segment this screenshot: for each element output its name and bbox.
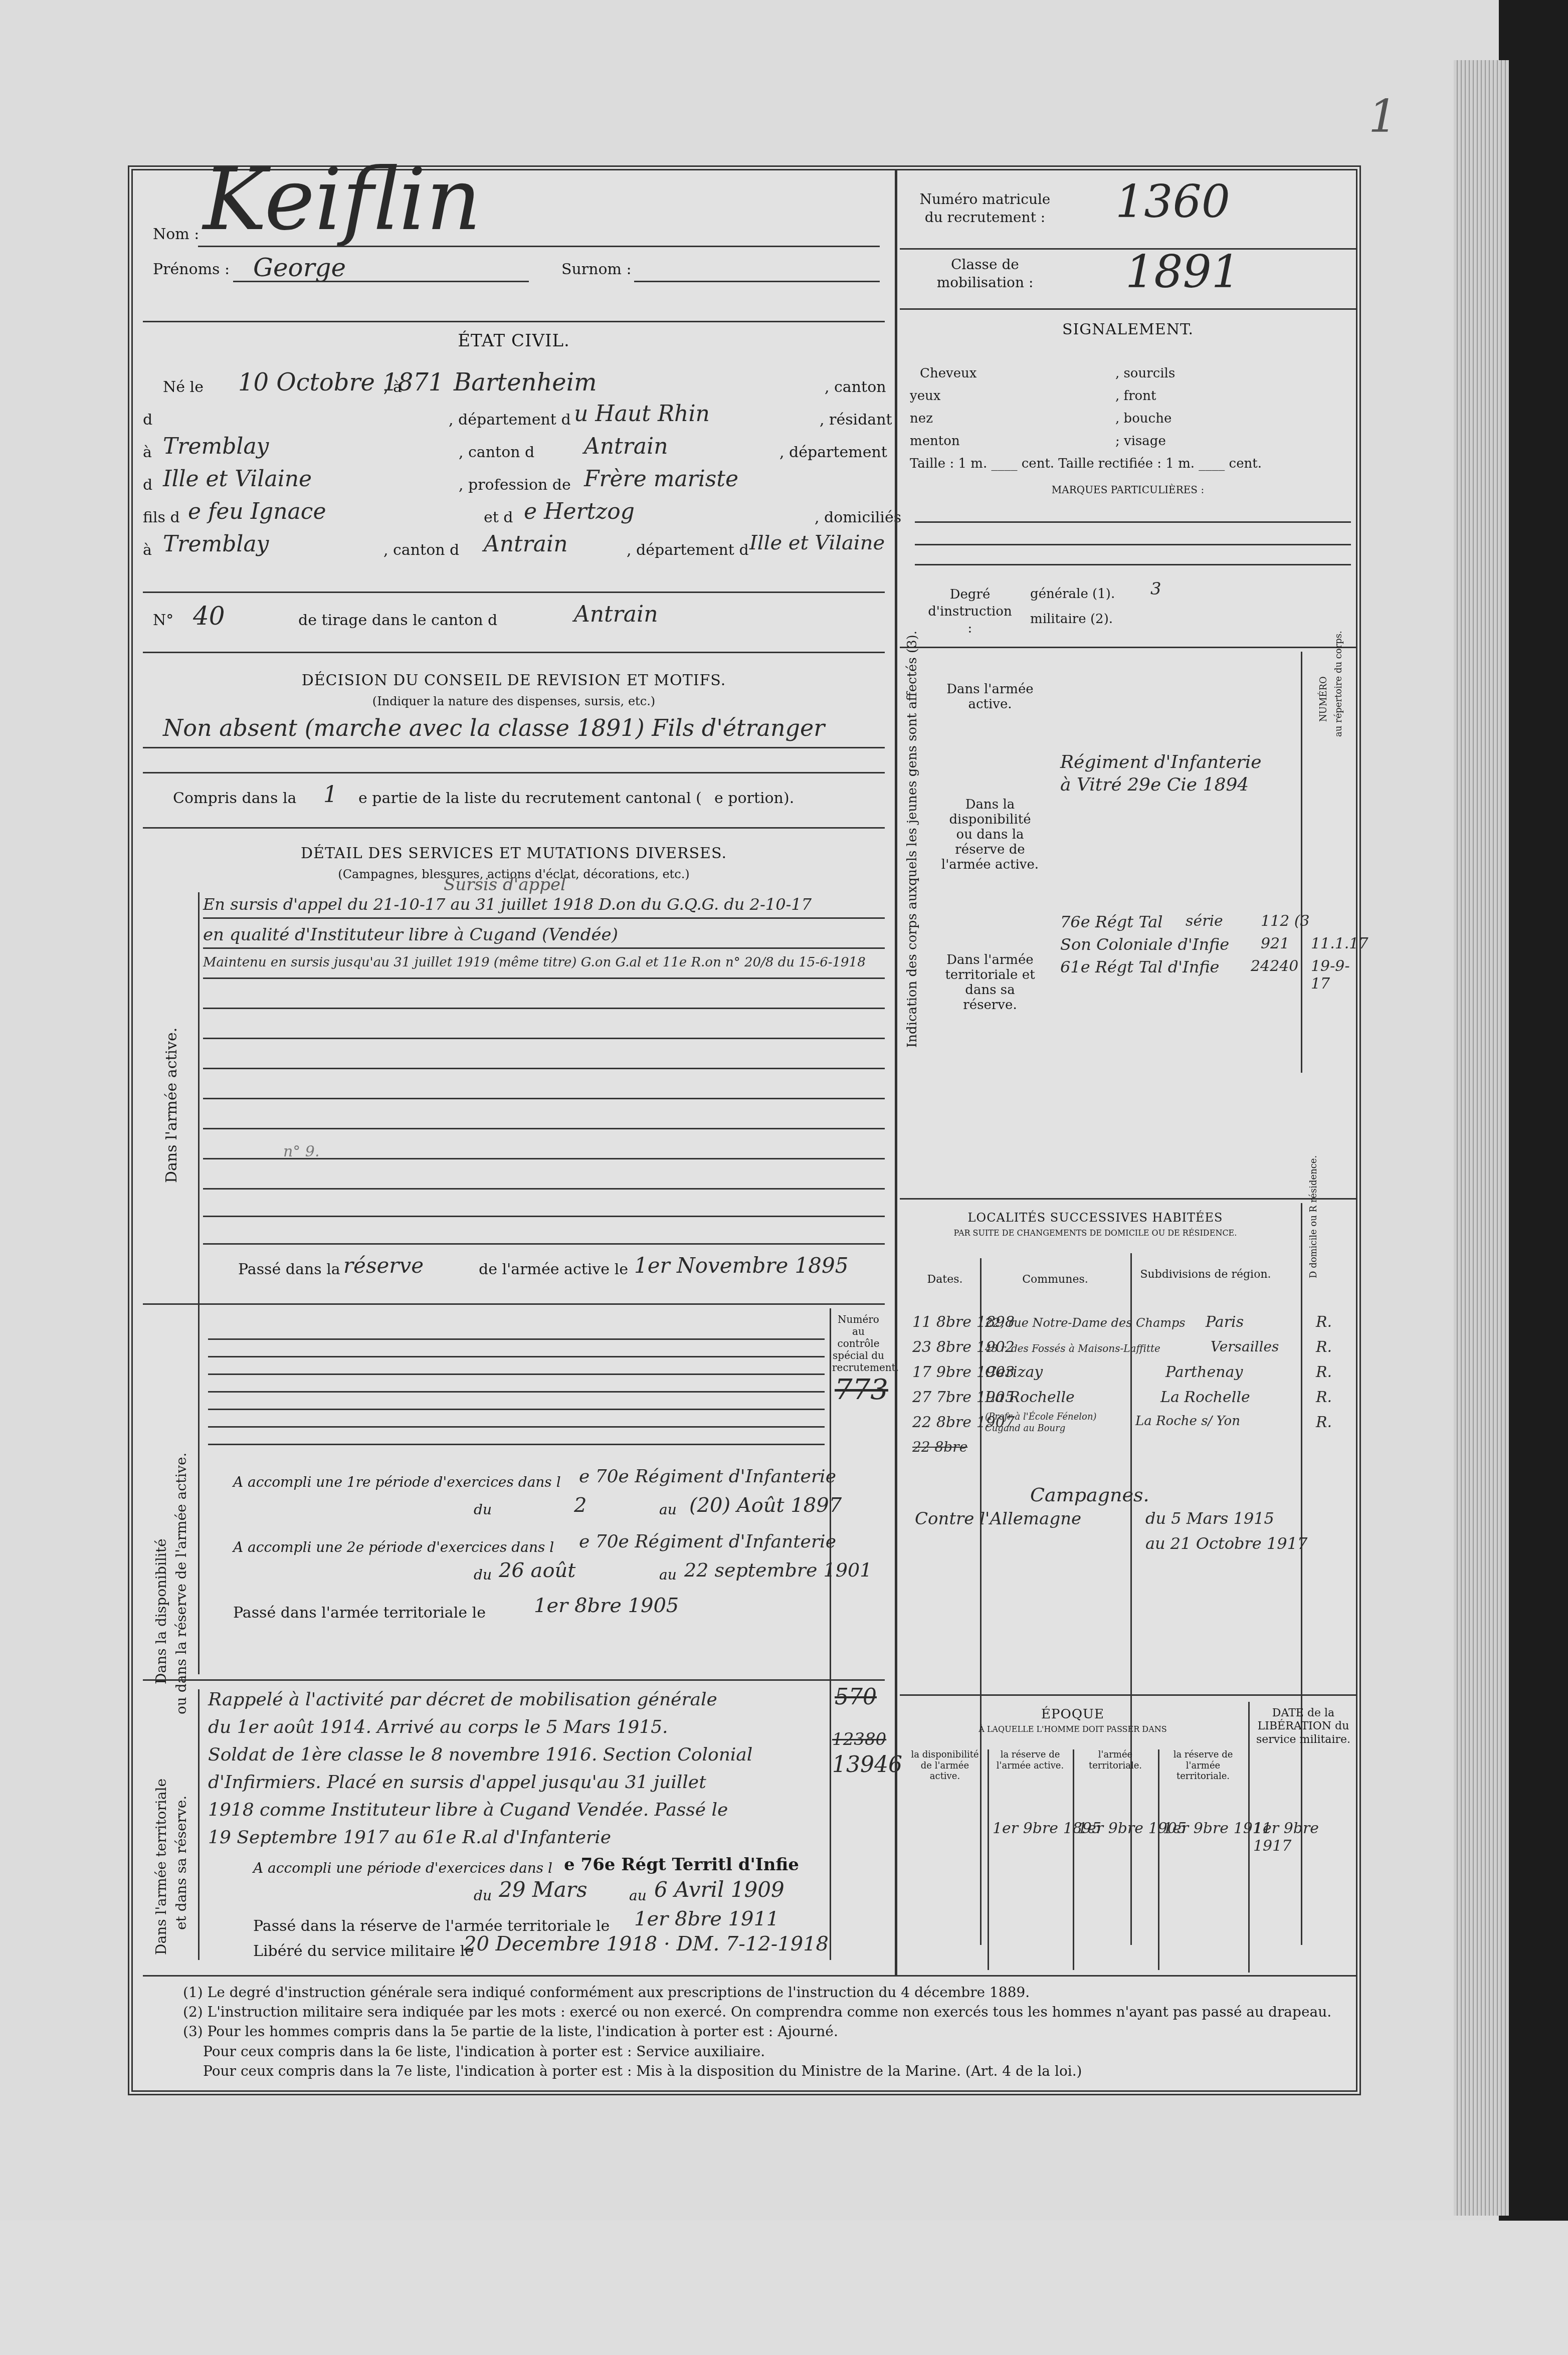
- periode1-au-label: au: [659, 1501, 677, 1518]
- corps-terr-date-3: 19-9-17: [1311, 957, 1356, 993]
- terr-line-1: Rappelé à l'activité par décret de mobil…: [208, 1689, 717, 1710]
- terr-line-4: d'Infirmiers. Placé en sursis d'appel ju…: [208, 1772, 706, 1793]
- canton3-value: Antrain: [484, 531, 567, 557]
- epoque-title: ÉPOQUE: [900, 1707, 1246, 1722]
- corps-side-label: Indication des corps auxquels les jeunes…: [905, 631, 920, 1048]
- passe-date-value: 1er Novembre 1895: [634, 1253, 849, 1278]
- footnote-5: Pour ceux compris dans la 7e liste, l'in…: [183, 2061, 1346, 2081]
- row-dr: R.: [1316, 1414, 1332, 1431]
- passe-mid: de l'armée active le: [479, 1261, 628, 1278]
- ne-le-label: Né le: [163, 378, 204, 396]
- corps-dispo-line-1: Régiment d'Infanterie: [1060, 752, 1262, 772]
- row-dr: R.: [1316, 1338, 1332, 1356]
- rule: [203, 947, 885, 949]
- d-label: d: [143, 411, 152, 429]
- epoque-col-dispo: la disponibilité de l'armée active.: [905, 1749, 985, 1782]
- campagnes-title: Campagnes.: [1030, 1484, 1149, 1506]
- services-overwrite: Sursis d'appel: [444, 875, 566, 895]
- row-commune: 43 r. des Fossés à Maisons-Laffitte: [985, 1342, 1160, 1354]
- liberation-value: 1er 9bre 1917: [1253, 1820, 1356, 1855]
- canton-label: , canton: [825, 378, 886, 396]
- tirage-canton-value: Antrain: [574, 602, 658, 627]
- numero-corps-label-1: NUMÉRO: [1318, 676, 1329, 722]
- corps-active-label: Dans l'armée active.: [940, 682, 1040, 712]
- nom-value: Keiflin: [203, 150, 481, 250]
- epoque-subtitle: À LAQUELLE L'HOMME DOIT PASSER DANS: [900, 1724, 1246, 1734]
- nez-label: nez: [910, 411, 933, 426]
- departement2-value: Ille et Vilaine: [163, 466, 312, 492]
- departement3-value: Ille et Vilaine: [749, 531, 885, 554]
- col-divider: [1248, 1702, 1250, 1973]
- liberation-label: DATE de la LIBÉRATION du service militai…: [1251, 1707, 1356, 1746]
- degre-label: Degré d'instruction :: [925, 586, 1015, 637]
- col-dates: Dates.: [915, 1273, 975, 1286]
- decision-line: [143, 747, 885, 748]
- terr-side-label-1: Dans l'armée territoriale: [153, 1779, 169, 1955]
- terr-brace: [198, 1689, 200, 1960]
- divider: [900, 1198, 1356, 1200]
- rule: [203, 1243, 885, 1245]
- periode2-au-label: au: [659, 1566, 677, 1583]
- col-divider: [988, 1749, 989, 1970]
- rule: [208, 1444, 825, 1445]
- terr-numero-struck2: 12380: [832, 1729, 886, 1749]
- epoque-col-reserve-terr: la réserve de l'armée territoriale.: [1160, 1749, 1246, 1782]
- rule: [203, 1008, 885, 1009]
- numero-controle-value: 773: [835, 1373, 888, 1406]
- generale-value: 3: [1150, 579, 1161, 599]
- no-label: N°: [153, 612, 173, 629]
- footnote-3: (3) Pour les hommes compris dans la 5e p…: [183, 2022, 1346, 2041]
- terr-periode-unit: e 76e Régt Territl d'Infie: [564, 1855, 799, 1875]
- col-subdivisions: Subdivisions de région.: [1135, 1268, 1276, 1281]
- col-domicile-residence: D domicile ou R résidence.: [1308, 1155, 1319, 1278]
- domicile-value: Tremblay: [163, 531, 269, 557]
- periode1-au-value: (20) Août 1897: [689, 1494, 842, 1517]
- compris-partie-value: 1: [323, 782, 337, 808]
- terr-reserve-date: 1er 8bre 1911: [634, 1907, 779, 1930]
- fils-label: fils d: [143, 509, 180, 526]
- corps-terr-note-1: série: [1186, 912, 1223, 930]
- prenoms-label: Prénoms :: [153, 261, 230, 278]
- birth-date-value: 10 Octobre 1871: [238, 368, 444, 397]
- services-faint-note: n° 9.: [283, 1143, 319, 1160]
- rule: [208, 1373, 825, 1375]
- divider: [143, 652, 885, 653]
- canton3-label: , canton d: [383, 541, 459, 559]
- decision-title: DÉCISION DU CONSEIL DE REVISION ET MOTIF…: [133, 672, 895, 689]
- periode1-label: A accompli une 1re période d'exercices d…: [233, 1474, 561, 1490]
- footnotes: (1) Le degré d'instruction générale sera…: [183, 1983, 1346, 2081]
- territoriale-label: Passé dans l'armée territoriale le: [233, 1604, 486, 1622]
- classe-label: Classe de mobilisation :: [910, 256, 1060, 292]
- rule: [915, 544, 1351, 545]
- libere-date-value: 20 Decembre 1918 · DM. 7-12-1918: [464, 1932, 829, 1955]
- canton2-value: Antrain: [584, 434, 668, 459]
- row-subdivision: La Roche s/ Yon: [1135, 1414, 1240, 1429]
- row-subdivision: Parthenay: [1165, 1363, 1243, 1381]
- nom-line: [198, 246, 880, 247]
- terr-line-2: du 1er août 1914. Arrivé au corps le 5 M…: [208, 1717, 668, 1737]
- dispo-brace: [198, 1323, 200, 1674]
- services-line-3: Maintenu en sursis jusqu'au 31 juillet 1…: [203, 955, 866, 970]
- cheveux-label: Cheveux: [920, 366, 977, 381]
- tirage-no-value: 40: [193, 602, 225, 631]
- rule: [208, 1426, 825, 1428]
- yeux-label: yeux: [910, 388, 940, 404]
- rule: [208, 1356, 825, 1357]
- domicilies-label: , domiciliés: [815, 509, 901, 526]
- canton2-label: , canton d: [459, 444, 534, 461]
- services-side-label: Dans l'armée active.: [163, 1028, 180, 1183]
- corps-terr-num-1: 112 (3: [1261, 912, 1310, 930]
- footnote-2: (2) L'instruction militaire sera indiqué…: [183, 2002, 1346, 2022]
- corps-terr-unit-3: 61e Régt Tal d'Infie: [1060, 957, 1220, 976]
- taille-end: cent.: [1229, 456, 1262, 471]
- tirage-label: de tirage dans le canton d: [298, 612, 497, 629]
- surnom-line: [634, 281, 880, 282]
- corps-dispo-line-2: à Vitré 29e Cie 1894: [1060, 774, 1249, 795]
- sourcils-label: , sourcils: [1115, 366, 1175, 381]
- taille-label: Taille : 1 m.: [910, 456, 987, 471]
- numero-matricule-value: 1360: [1115, 175, 1230, 228]
- divider: [143, 321, 885, 322]
- residant-label: , résidant: [820, 411, 892, 429]
- d2-label: d: [143, 476, 152, 494]
- col-divider: [980, 1258, 982, 1945]
- militaire-label: militaire (2).: [1030, 612, 1113, 627]
- compris-rest: e partie de la liste du recrutement cant…: [358, 790, 702, 807]
- rule: [203, 917, 885, 919]
- rule: [203, 1098, 885, 1099]
- periode1-unit: e 70e Régiment d'Infanterie: [579, 1466, 836, 1487]
- territoriale-date-value: 1er 8bre 1905: [534, 1594, 679, 1617]
- corps-terr-unit-2: Son Coloniale d'Infie: [1060, 935, 1229, 954]
- col-divider: [1130, 1253, 1132, 1945]
- et-label: et d: [484, 509, 513, 526]
- decision-text: Non absent (marche avec la classe 1891) …: [163, 714, 825, 741]
- periode1-du-label: du: [474, 1501, 492, 1518]
- rule: [208, 1338, 825, 1340]
- row-dr: R.: [1316, 1363, 1332, 1381]
- periode2-du-value: 26 août: [499, 1559, 575, 1582]
- corps-terr-num-3: 24240: [1251, 957, 1298, 975]
- numero-controle-label: Numéro au contrôle spécial du recrutemen…: [832, 1313, 885, 1373]
- footnote-1: (1) Le degré d'instruction générale sera…: [183, 1983, 1346, 2002]
- departement2-label: , département: [779, 444, 887, 461]
- corps-terr-num-2: 921: [1261, 935, 1289, 952]
- dispo-side-label-2: ou dans la réserve de l'armée active.: [173, 1453, 189, 1714]
- visage-label: ; visage: [1115, 434, 1166, 449]
- terr-side-label-2: et dans sa réserve.: [173, 1796, 189, 1930]
- divider: [143, 592, 885, 593]
- terr-line-6: 19 Septembre 1917 au 61e R.al d'Infanter…: [208, 1827, 611, 1848]
- divider: [143, 772, 885, 773]
- periode2-label: A accompli une 2e période d'exercices da…: [233, 1539, 554, 1555]
- row-dr: R.: [1316, 1389, 1332, 1406]
- periode1-du-value: 2: [574, 1494, 586, 1517]
- footnote-4: Pour ceux compris dans la 6e liste, l'in…: [183, 2042, 1346, 2061]
- corps-dispo-label: Dans la disponibilité ou dans la réserve…: [940, 797, 1040, 872]
- rule: [203, 1038, 885, 1039]
- row-date: 22 8bre: [912, 1439, 967, 1455]
- dispo-side-label-1: Dans la disponibilité: [153, 1538, 169, 1684]
- terr-periode-au-label: au: [629, 1887, 647, 1904]
- father-value: e feu Ignace: [188, 499, 326, 524]
- taille-row: Taille : 1 m. ____ cent. Taille rectifié…: [910, 456, 1262, 471]
- terr-num-divider: [830, 1679, 831, 1960]
- row-commune: 22, rue Notre-Dame des Champs: [985, 1316, 1186, 1330]
- profession-value: Frère mariste: [584, 466, 738, 492]
- passe-value: réserve: [343, 1253, 424, 1278]
- prenoms-value: George: [253, 253, 346, 282]
- epoque-col-territoriale: l'armée territoriale.: [1075, 1749, 1155, 1771]
- services-line-1: En sursis d'appel du 21-10-17 au 31 juil…: [203, 895, 812, 914]
- campagnes-from: du 5 Mars 1915: [1145, 1509, 1274, 1528]
- terr-periode-au-value: 6 Avril 1909: [654, 1877, 785, 1902]
- profession-label: , profession de: [459, 476, 571, 494]
- terr-periode-du-value: 29 Mars: [499, 1877, 587, 1902]
- divider: [143, 827, 885, 829]
- divider: [143, 1679, 885, 1681]
- terr-periode-du-label: du: [474, 1887, 492, 1904]
- numero-corps-label-2: au répertoire du corps.: [1333, 631, 1344, 737]
- corps-terr-unit-1: 76e Régt Tal: [1060, 912, 1163, 931]
- services-line-2: en qualité d'Instituteur libre à Cugand …: [203, 925, 618, 945]
- surnom-label: Surnom :: [561, 261, 632, 278]
- residant-value: Tremblay: [163, 434, 269, 459]
- passe-label: Passé dans la: [238, 1261, 340, 1278]
- decision-subtitle: (Indiquer la nature des dispenses, sursi…: [133, 694, 895, 708]
- front-label: , front: [1115, 388, 1156, 404]
- bouche-label: , bouche: [1115, 411, 1171, 426]
- page-stack-edge: [1454, 60, 1509, 2216]
- campagnes-to: au 21 Octobre 1917: [1145, 1534, 1307, 1553]
- rule: [915, 521, 1351, 523]
- bottom-margin: [0, 2221, 1568, 2355]
- prenoms-line: [233, 281, 529, 282]
- residant-a-label: à: [143, 444, 152, 461]
- terr-numero-struck: 570: [835, 1684, 877, 1710]
- numero-corps-divider: [1301, 652, 1302, 1073]
- domicile-a-label: à: [143, 541, 152, 559]
- generale-label: générale (1).: [1030, 586, 1115, 602]
- nom-label: Nom :: [153, 226, 199, 243]
- classe-value: 1891: [1125, 246, 1240, 298]
- matricule-form: Nom : Keiflin Prénoms : George Surnom : …: [128, 165, 1361, 2095]
- terr-line-5: 1918 comme Instituteur libre à Cugand Ve…: [208, 1800, 728, 1820]
- corps-terr-date-2: 11.1.17: [1311, 935, 1368, 952]
- compris-end: e portion).: [714, 790, 794, 807]
- departement3-label: , département d: [627, 541, 749, 559]
- etat-civil-title: ÉTAT CIVIL.: [133, 331, 895, 351]
- rule: [203, 1128, 885, 1129]
- rule: [203, 1216, 885, 1217]
- localites-title: LOCALITÉS SUCCESSIVES HABITÉES: [900, 1211, 1291, 1225]
- divider: [900, 1694, 1356, 1696]
- rule: [203, 977, 885, 979]
- libere-label: Libéré du service militaire le: [253, 1942, 474, 1960]
- row-dr: R.: [1316, 1313, 1332, 1331]
- row-subdivision: Paris: [1206, 1313, 1244, 1331]
- periode2-du-label: du: [474, 1566, 492, 1583]
- divider: [900, 647, 1356, 648]
- periode2-unit: e 70e Régiment d'Infanterie: [579, 1531, 836, 1552]
- rule: [203, 1068, 885, 1069]
- departement-label: , département d: [449, 411, 571, 429]
- col-divider: [1158, 1749, 1159, 1970]
- terr-line-3: Soldat de 1ère classe le 8 novembre 1916…: [208, 1744, 752, 1765]
- corps-terr-label: Dans l'armée territoriale et dans sa rés…: [940, 952, 1040, 1013]
- col-communes: Communes.: [985, 1273, 1125, 1286]
- column-divider: [895, 170, 897, 1975]
- campagnes-text: Contre l'Allemagne: [915, 1509, 1081, 1529]
- rule: [208, 1409, 825, 1410]
- menton-label: menton: [910, 434, 960, 449]
- divider: [900, 308, 1356, 310]
- rule: [203, 1188, 885, 1190]
- divider: [143, 1975, 1356, 1977]
- numero-matricule-label: Numéro matricule du recrutement :: [910, 190, 1060, 227]
- row-commune: La Rochelle: [985, 1389, 1075, 1406]
- taille-rectifiee-label: cent. Taille rectifiée : 1 m.: [1022, 456, 1195, 471]
- row-commune: Cerizay: [985, 1363, 1043, 1381]
- rule: [915, 564, 1351, 565]
- row-subdivision: La Rochelle: [1160, 1389, 1250, 1406]
- col-divider: [1073, 1749, 1074, 1970]
- terr-numero: 13946: [832, 1752, 902, 1778]
- terr-periode-label: A accompli une période d'exercices dans …: [253, 1860, 552, 1876]
- birth-place-value: Bartenheim: [454, 368, 597, 397]
- rule: [208, 1391, 825, 1393]
- divider: [143, 1303, 885, 1305]
- localites-subtitle: PAR SUITE DE CHANGEMENTS DE DOMICILE OU …: [900, 1228, 1291, 1238]
- services-title: DÉTAIL DES SERVICES ET MUTATIONS DIVERSE…: [133, 845, 895, 862]
- mother-value: e Hertzog: [524, 499, 635, 524]
- compris-label: Compris dans la: [173, 790, 296, 807]
- row-commune: (Profr à l'École Fénelon) Cugand au Bour…: [985, 1411, 1130, 1435]
- page-corner-mark: 1: [1368, 90, 1397, 143]
- epoque-col-reserve-active: la réserve de l'armée active.: [990, 1749, 1070, 1771]
- birth-departement-value: u Haut Rhin: [574, 401, 710, 427]
- marques-label: MARQUES PARTICULIÈRES :: [900, 484, 1356, 496]
- a-label: , à: [383, 378, 402, 396]
- row-subdivision: Versailles: [1211, 1338, 1279, 1355]
- periode2-au-value: 22 septembre 1901: [684, 1559, 872, 1581]
- signalement-title: SIGNALEMENT.: [900, 321, 1356, 338]
